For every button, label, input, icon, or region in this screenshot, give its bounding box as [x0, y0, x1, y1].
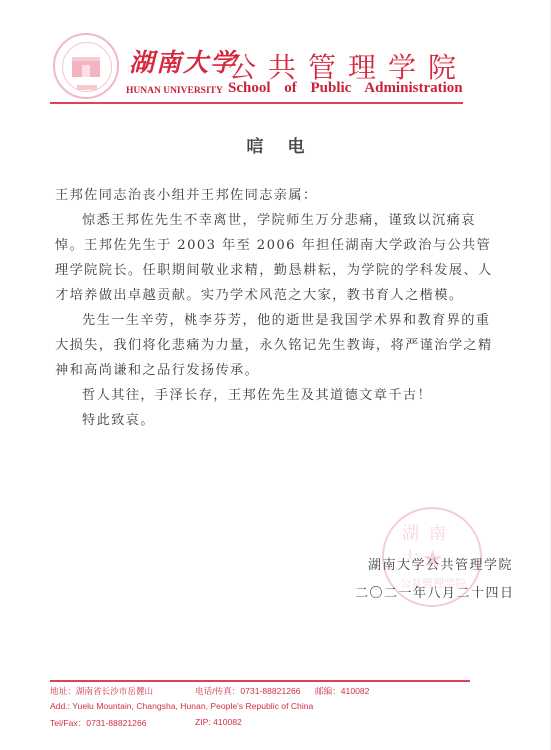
signature-date: 二〇二一年八月二十四日 — [355, 582, 515, 601]
footer-address-en: Add.: Yuelu Mountain, Changsha, Hunan, P… — [50, 701, 313, 711]
letter-body: 王邦佐同志治丧小组并王邦佐同志亲属： 惊悉王邦佐先生不幸离世，学院师生万分悲痛，… — [55, 183, 500, 433]
salutation: 王邦佐同志治丧小组并王邦佐同志亲属： — [55, 183, 500, 208]
paragraph-closing: 特此致哀。 — [55, 408, 500, 433]
footer-tel-en: Tel/Fax：0731-88821266 — [50, 717, 147, 729]
paragraph-legacy: 先生一生辛劳，桃李芬芳，他的逝世是我国学术界和教育界的重大损失，我们将化悲痛为力… — [55, 308, 500, 383]
seal-year-tag — [77, 85, 97, 90]
footer-zip-cn: 邮编：410082 — [315, 685, 369, 697]
footer-divider — [50, 680, 470, 682]
paragraph-tribute: 哲人其往，手泽长存，王邦佐先生及其道德文章千古！ — [55, 383, 500, 408]
footer-tel-cn: 电话/传真：0731-88821266 — [195, 685, 301, 697]
signature-organization: 湖南大学公共管理学院 — [368, 554, 513, 573]
university-seal-logo — [53, 33, 119, 99]
seal-building-icon — [72, 57, 100, 77]
university-name-cn: 湖南大学 — [129, 43, 237, 79]
footer-zip-en: ZIP: 410082 — [195, 717, 242, 727]
paragraph-condolence: 惊悉王邦佐先生不幸离世，学院师生万分悲痛，谨致以沉痛哀悼。王邦佐先生于 2003… — [55, 208, 500, 308]
school-name-en: School of Public Administration — [228, 80, 463, 97]
university-name-en: HUNAN UNIVERSITY — [126, 86, 223, 96]
header-divider — [50, 102, 463, 104]
footer-address-cn: 地址：湖南省长沙市岳麓山 — [50, 685, 153, 697]
document-title: 唁电 — [0, 132, 551, 157]
